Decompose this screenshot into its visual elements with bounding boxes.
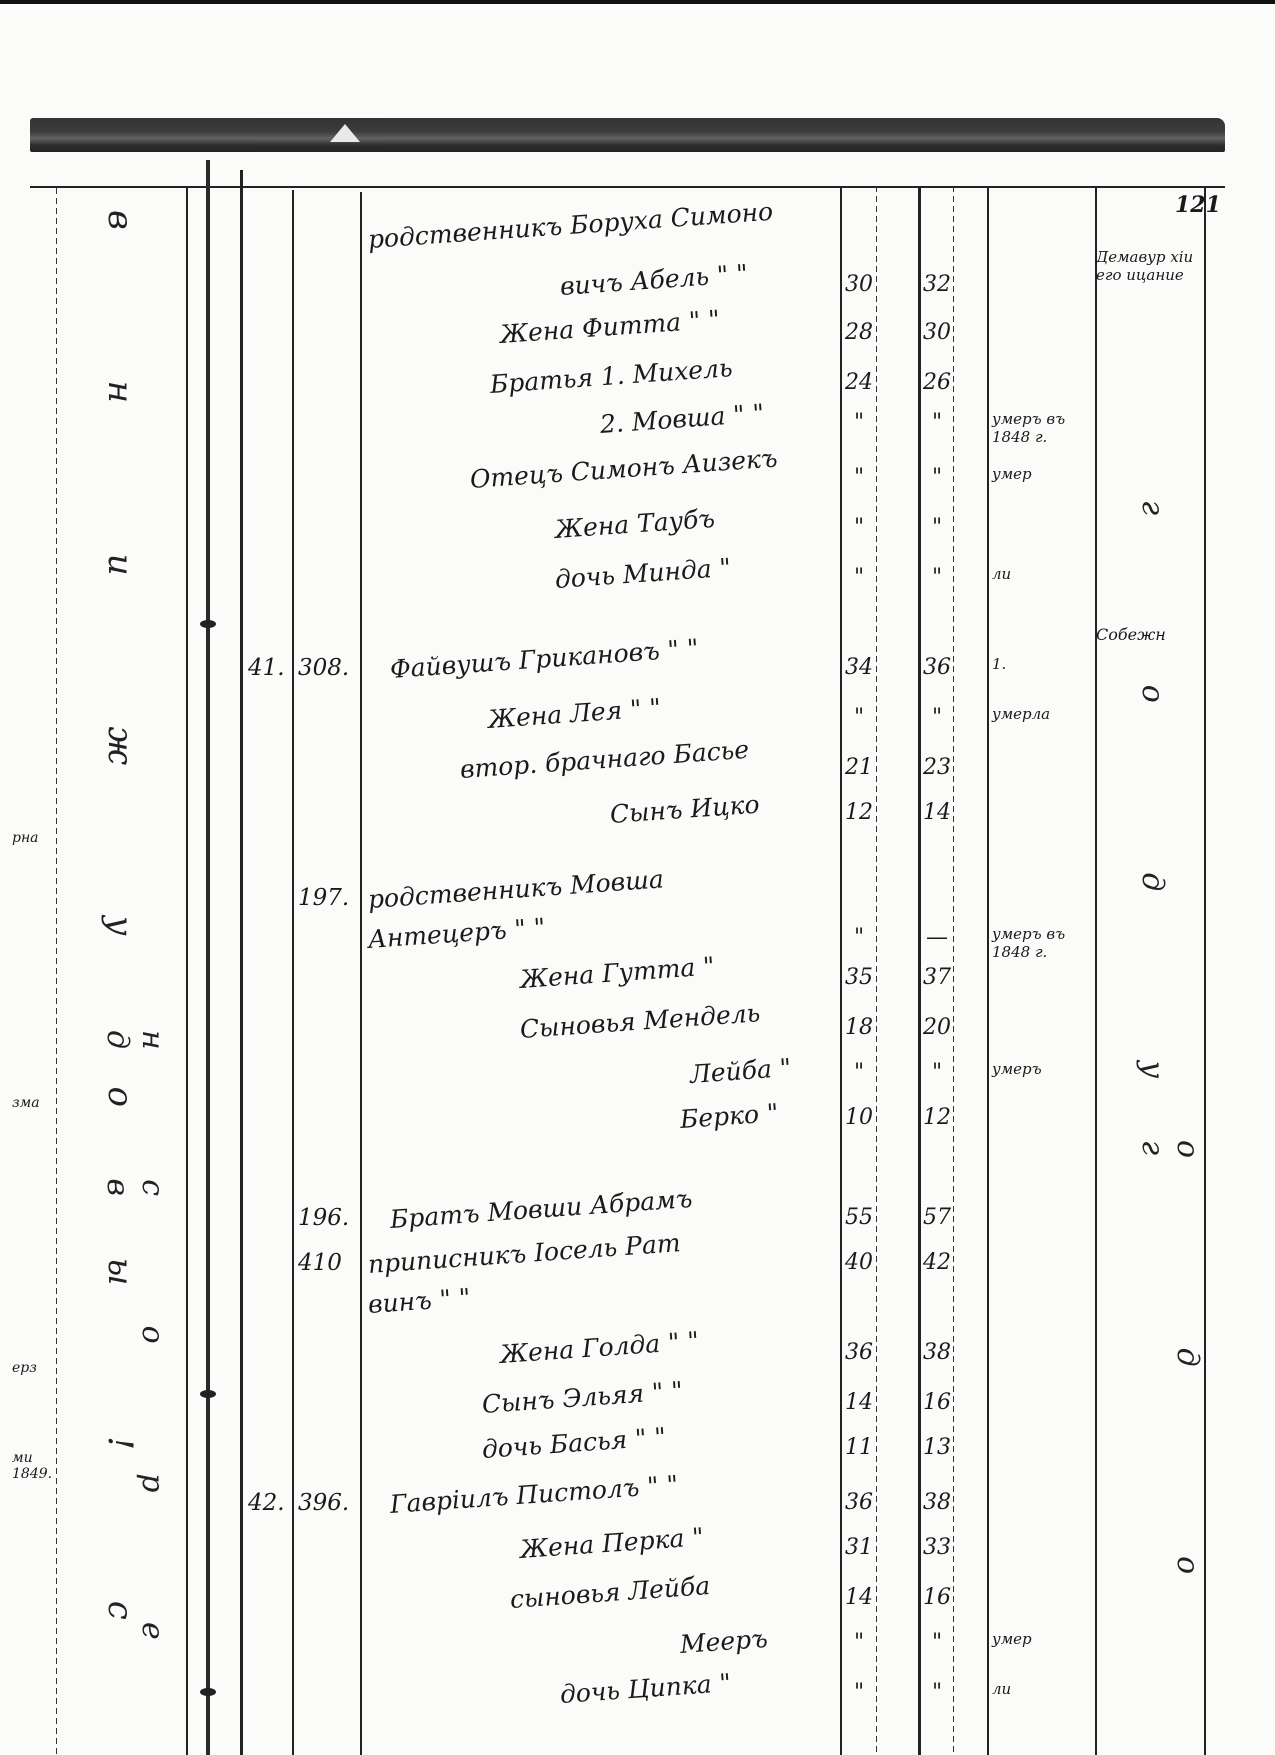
register-entry: втор. брачнаго Басье	[459, 735, 750, 784]
reference-number: 308.	[298, 655, 349, 681]
register-entry: Жена Гутта "	[519, 951, 716, 994]
register-entry: 2. Мовша " "	[599, 399, 765, 439]
register-entry: Сыновья Мендель	[519, 998, 761, 1044]
age-current: 20	[920, 1015, 954, 1040]
register-entry: вичъ Абель " "	[559, 259, 749, 301]
remark: умерла	[992, 705, 1092, 723]
age-current: 38	[920, 1340, 954, 1365]
register-entry: Братья 1. Михель	[489, 353, 733, 399]
age-previous: 40	[842, 1250, 876, 1275]
margin-vertical-text: н с о р е д в	[100, 1030, 170, 1755]
age-previous: "	[842, 925, 876, 950]
age-previous: "	[842, 705, 876, 730]
age-current: 36	[920, 655, 954, 680]
age-previous: 24	[842, 370, 876, 395]
age-current: —	[920, 925, 954, 950]
age-current: 26	[920, 370, 954, 395]
register-entry: Берко "	[679, 1098, 779, 1134]
age-current: "	[920, 465, 954, 490]
age-current: "	[920, 705, 954, 730]
reference-number: 410	[298, 1250, 342, 1276]
register-entry: Файвушъ Грикановъ " "	[389, 633, 699, 683]
age-previous: 30	[842, 272, 876, 297]
family-number: 41.	[248, 655, 285, 681]
age-previous: "	[842, 1060, 876, 1085]
register-entry: сыновья Лейба	[509, 1571, 711, 1614]
age-current: 37	[920, 965, 954, 990]
seam-stitch	[200, 1390, 216, 1398]
column-rule	[240, 170, 243, 1755]
age-previous: 31	[842, 1535, 876, 1560]
register-entry: родственникъ Боруха Симоно	[367, 197, 774, 254]
age-current: 32	[920, 272, 954, 297]
margin-note: ми 1849.	[12, 1450, 52, 1482]
age-current: 30	[920, 320, 954, 345]
age-previous: 14	[842, 1390, 876, 1415]
age-current: "	[920, 410, 954, 435]
column-rule	[360, 192, 362, 1755]
age-previous: "	[842, 410, 876, 435]
remark: ли	[992, 565, 1092, 583]
scan-border	[0, 0, 1275, 4]
register-entry: Братъ Мовши Абрамъ	[389, 1184, 693, 1234]
age-current: 42	[920, 1250, 954, 1275]
age-current: "	[920, 1060, 954, 1085]
page-number: 121	[1175, 192, 1221, 218]
age-current: 13	[920, 1435, 954, 1460]
register-entry: Мееръ	[679, 1624, 769, 1659]
register-entry: Жена Голда " "	[499, 1326, 700, 1369]
age-current: 23	[920, 755, 954, 780]
family-number: 42.	[248, 1490, 285, 1516]
age-previous: 14	[842, 1585, 876, 1610]
remark: умеръ въ 1848 г.	[992, 925, 1092, 961]
register-entry: родственникъ Мовша	[367, 864, 665, 914]
age-current: 12	[920, 1105, 954, 1130]
remark: ли	[992, 1680, 1092, 1698]
age-current: 57	[920, 1205, 954, 1230]
age-current: 16	[920, 1390, 954, 1415]
age-previous: "	[842, 565, 876, 590]
remark: 1.	[992, 655, 1092, 673]
column-rule	[292, 190, 294, 1755]
age-previous: 35	[842, 965, 876, 990]
register-entry: дочь Басья " "	[481, 1422, 667, 1464]
age-previous: 36	[842, 1490, 876, 1515]
age-current: 38	[920, 1490, 954, 1515]
register-entry: Сынъ Эльяя " "	[481, 1376, 684, 1419]
age-previous: 36	[842, 1340, 876, 1365]
age-current: "	[920, 565, 954, 590]
register-entry: Сынъ Ицко	[609, 790, 760, 829]
margin-vertical-text: о д о г	[1135, 1140, 1205, 1755]
remark: умер	[992, 465, 1092, 483]
register-entry: дочь Ципка "	[559, 1668, 732, 1709]
age-current: "	[920, 515, 954, 540]
page-seam	[206, 160, 210, 1755]
age-previous: "	[842, 465, 876, 490]
remark: умеръ	[992, 1060, 1092, 1078]
age-current: "	[920, 1630, 954, 1655]
age-previous: 18	[842, 1015, 876, 1040]
register-entry: Жена Таубъ	[554, 504, 716, 544]
register-entry: дочь Минда "	[554, 553, 732, 594]
register-entry: Жена Перка "	[519, 1522, 705, 1564]
register-entry: приписникъ Іосель Рат	[367, 1228, 681, 1279]
register-entry: Лейба "	[689, 1053, 792, 1089]
remark: умер	[992, 1630, 1092, 1648]
age-previous: 34	[842, 655, 876, 680]
margin-note: ерз	[12, 1360, 37, 1376]
age-previous: 55	[842, 1205, 876, 1230]
column-rule	[186, 188, 188, 1755]
age-previous: 11	[842, 1435, 876, 1460]
age-current: 33	[920, 1535, 954, 1560]
age-previous: 12	[842, 800, 876, 825]
register-entry: Жена Лея " "	[487, 693, 662, 734]
age-previous: 10	[842, 1105, 876, 1130]
column-rule	[987, 186, 989, 1755]
book-binding-edge	[30, 118, 1225, 152]
margin-note: Демавур хiи его ицание	[1096, 248, 1206, 284]
column-rule	[876, 186, 877, 1755]
reference-number: 197.	[298, 885, 349, 911]
age-previous: "	[842, 515, 876, 540]
margin-note: рна	[12, 830, 39, 846]
column-rule	[56, 188, 57, 1755]
age-current: 14	[920, 800, 954, 825]
reference-number: 196.	[298, 1205, 349, 1231]
seam-stitch	[200, 1688, 216, 1696]
age-previous: "	[842, 1680, 876, 1705]
register-entry: Жена Фитта " "	[499, 305, 721, 349]
reference-number: 396.	[298, 1490, 349, 1516]
age-previous: "	[842, 1630, 876, 1655]
margin-note: зма	[12, 1095, 40, 1111]
age-previous: 28	[842, 320, 876, 345]
register-entry: Антецеръ " "	[367, 913, 546, 954]
seam-stitch	[200, 620, 216, 628]
register-entry: Отецъ Симонъ Аизекъ	[469, 444, 778, 494]
register-entry: Гавріилъ Пистолъ " "	[389, 1470, 679, 1519]
register-entry: винъ " "	[367, 1283, 471, 1319]
age-previous: 21	[842, 755, 876, 780]
column-rule	[1095, 186, 1097, 1755]
remark: умеръ въ 1848 г.	[992, 410, 1092, 446]
margin-vertical-text: г о д у	[1135, 500, 1170, 1158]
age-current: "	[920, 1680, 954, 1705]
age-current: 16	[920, 1585, 954, 1610]
